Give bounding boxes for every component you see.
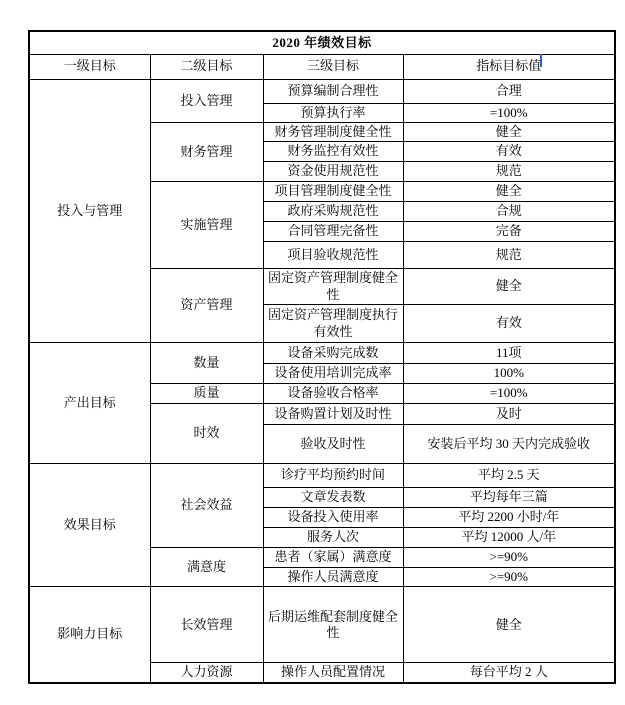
level3-cell: 操作人员配置情况 — [263, 663, 403, 683]
level3-cell: 服务人次 — [263, 528, 403, 548]
target-cell: 每台平均 2 人 — [403, 663, 615, 683]
target-cell: >=90% — [403, 568, 615, 587]
level3-cell: 资金使用规范性 — [263, 162, 403, 182]
target-cell: 完备 — [403, 222, 615, 242]
target-cell: =100% — [403, 384, 615, 404]
level3-cell: 设备验收合格率 — [263, 384, 403, 404]
column-header-level3: 三级目标 — [263, 54, 403, 79]
column-header-level1: 一级目标 — [29, 54, 150, 79]
level1-cell: 产出目标 — [29, 343, 150, 464]
level3-cell: 设备使用培训完成率 — [263, 364, 403, 384]
target-cell: 规范 — [403, 162, 615, 182]
level2-cell: 财务管理 — [150, 122, 263, 181]
performance-target-table: 2020 年绩效目标 一级目标 二级目标 三级目标 指标目标值 投入与管理 投入… — [28, 30, 616, 684]
target-cell: 规范 — [403, 242, 615, 269]
level3-cell: 设备投入使用率 — [263, 508, 403, 528]
level3-cell: 设备采购完成数 — [263, 343, 403, 364]
target-cell: 健全 — [403, 269, 615, 305]
level3-cell: 合同管理完备性 — [263, 222, 403, 242]
level2-cell: 实施管理 — [150, 182, 263, 269]
target-cell: 平均 2200 小时/年 — [403, 508, 615, 528]
target-cell: 安装后平均 30 天内完成验收 — [403, 425, 615, 464]
level3-cell: 诊疗平均预约时间 — [263, 464, 403, 488]
level3-cell: 患者（家属）满意度 — [263, 548, 403, 568]
target-cell: 及时 — [403, 404, 615, 425]
level1-cell: 投入与管理 — [29, 79, 150, 343]
document-page: 2020 年绩效目标 一级目标 二级目标 三级目标 指标目标值 投入与管理 投入… — [0, 0, 625, 705]
level2-cell: 投入管理 — [150, 79, 263, 122]
level3-cell: 财务监控有效性 — [263, 142, 403, 162]
level3-cell: 设备购置计划及时性 — [263, 404, 403, 425]
target-cell: 合规 — [403, 202, 615, 222]
level3-cell: 预算编制合理性 — [263, 79, 403, 103]
level2-cell: 数量 — [150, 343, 263, 384]
level2-cell: 长效管理 — [150, 587, 263, 663]
target-cell: 11项 — [403, 343, 615, 364]
level2-cell: 质量 — [150, 384, 263, 404]
level3-cell: 项目验收规范性 — [263, 242, 403, 269]
level3-cell: 预算执行率 — [263, 103, 403, 122]
target-cell: 合理 — [403, 79, 615, 103]
level1-cell: 效果目标 — [29, 464, 150, 587]
level2-cell: 人力资源 — [150, 663, 263, 683]
level3-cell: 验收及时性 — [263, 425, 403, 464]
level2-cell: 时效 — [150, 404, 263, 464]
level3-cell: 财务管理制度健全性 — [263, 122, 403, 141]
column-header-target: 指标目标值 — [403, 54, 615, 79]
target-cell: 平均每年三篇 — [403, 488, 615, 508]
target-cell: 健全 — [403, 122, 615, 141]
target-cell: 健全 — [403, 587, 615, 663]
target-cell: >=90% — [403, 548, 615, 568]
level3-cell: 固定资产管理制度执行有效性 — [263, 305, 403, 343]
level3-cell: 政府采购规范性 — [263, 202, 403, 222]
target-cell: 健全 — [403, 182, 615, 202]
level3-cell: 操作人员满意度 — [263, 568, 403, 587]
target-cell: 100% — [403, 364, 615, 384]
target-cell: 有效 — [403, 142, 615, 162]
target-cell: 平均 2.5 天 — [403, 464, 615, 488]
target-cell: =100% — [403, 103, 615, 122]
column-header-level2: 二级目标 — [150, 54, 263, 79]
level1-cell: 影响力目标 — [29, 587, 150, 683]
text-cursor — [540, 54, 542, 67]
target-cell: 有效 — [403, 305, 615, 343]
target-cell: 平均 12000 人/年 — [403, 528, 615, 548]
level3-cell: 项目管理制度健全性 — [263, 182, 403, 202]
table-title: 2020 年绩效目标 — [29, 31, 615, 54]
level3-cell: 后期运维配套制度健全性 — [263, 587, 403, 663]
level2-cell: 资产管理 — [150, 269, 263, 343]
level2-cell: 社会效益 — [150, 464, 263, 548]
level3-cell: 固定资产管理制度健全性 — [263, 269, 403, 305]
level2-cell: 满意度 — [150, 548, 263, 587]
level3-cell: 文章发表数 — [263, 488, 403, 508]
